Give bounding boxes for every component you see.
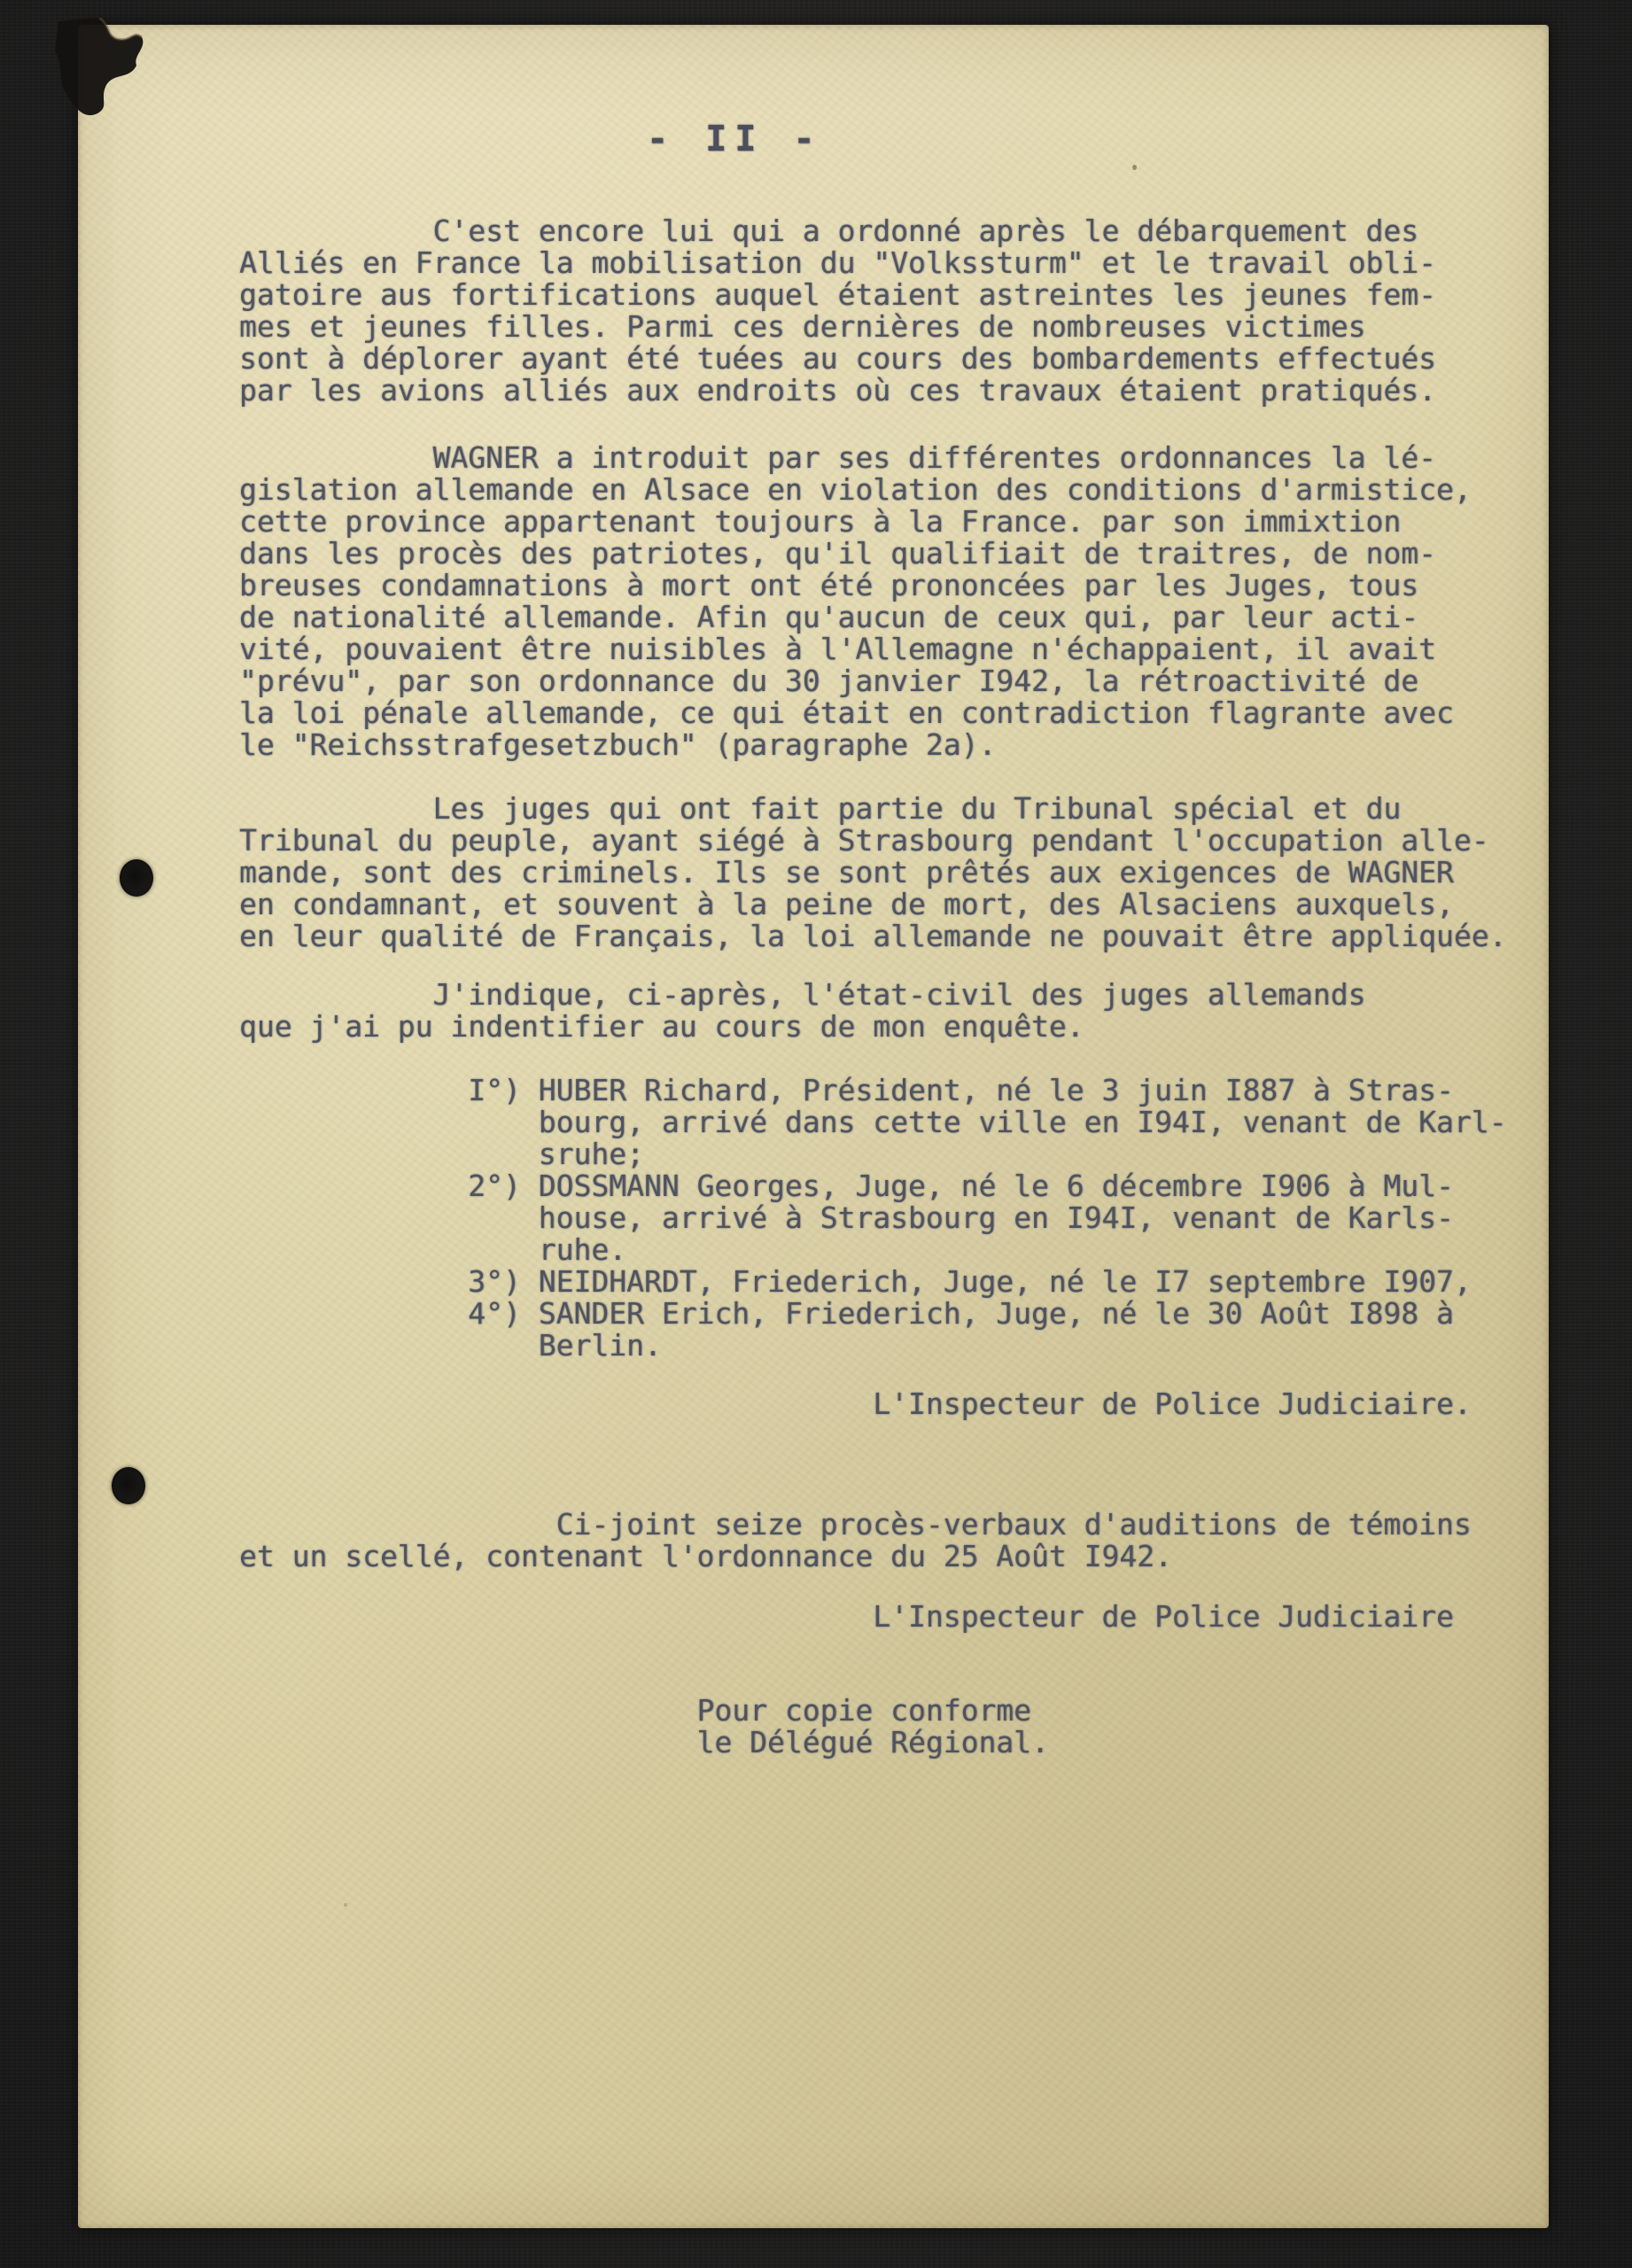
signature-inspecteur-2: L'Inspecteur de Police Judiciaire [239,1601,1533,1633]
signature-inspecteur-1: L'Inspecteur de Police Judiciaire. [239,1388,1533,1420]
text-line: de nationalité allemande. Afin qu'aucun … [239,602,1533,633]
paper-speck [344,1903,347,1907]
paragraph-ci-joint: Ci-joint seize procès-verbaux d'audition… [239,1509,1533,1573]
paragraph-juges-criminels: Les juges qui ont fait partie du Tribuna… [239,793,1533,952]
text-line: dans les procès des patriotes, qu'il qua… [239,538,1533,570]
text-line: J'indique, ci-après, l'état-civil des ju… [239,979,1533,1011]
text-body: C'est encore lui qui a ordonné après le … [239,215,1533,1759]
text-line: la loi pénale allemande, ce qui était en… [239,697,1533,729]
text-line: bourg, arrivé dans cette ville en I94I, … [239,1107,1533,1138]
text-line: 2°) DOSSMANN Georges, Juge, né le 6 déce… [239,1170,1533,1202]
text-line: 3°) NEIDHARDT, Friederich, Juge, né le I… [239,1266,1533,1298]
text-line: mande, sont des criminels. Ils se sont p… [239,857,1533,889]
text-line: sruhe; [239,1138,1533,1170]
text-line: Berlin. [239,1330,1533,1362]
page-number: - II - [647,119,823,159]
list-juges: I°) HUBER Richard, Président, né le 3 ju… [239,1075,1533,1362]
text-line: en leur qualité de Français, la loi alle… [239,920,1533,952]
text-line: WAGNER a introduit par ses différentes o… [239,442,1533,474]
text-line: cette province appartenant toujours à la… [239,506,1533,538]
text-line: sont à déplorer ayant été tuées au cours… [239,343,1533,375]
text-line: L'Inspecteur de Police Judiciaire [239,1601,1533,1633]
paragraph-wagner-ordonnances: WAGNER a introduit par ses différentes o… [239,442,1533,761]
paragraph-etat-civil: J'indique, ci-après, l'état-civil des ju… [239,979,1533,1043]
text-line: C'est encore lui qui a ordonné après le … [239,215,1533,247]
text-line: Les juges qui ont fait partie du Tribuna… [239,793,1533,825]
punch-hole [112,1467,145,1504]
document-page: - II - C'est encore lui qui a ordonné ap… [78,25,1549,2228]
text-line: en condamnant, et souvent à la peine de … [239,889,1533,920]
text-line: vité, pouvaient être nuisibles à l'Allem… [239,633,1533,665]
copie-conforme: Pour copie conforme le Délégué Régional. [239,1695,1533,1759]
scan-background: { "document": { "kind": "typewritten arc… [0,0,1632,2268]
text-line: et un scellé, contenant l'ordonnance du … [239,1541,1533,1573]
text-line: gislation allemande en Alsace en violati… [239,474,1533,506]
text-line: que j'ai pu indentifier au cours de mon … [239,1011,1533,1043]
text-line: Ci-joint seize procès-verbaux d'audition… [239,1509,1533,1541]
torn-corner [48,18,190,133]
text-line: breuses condamnations à mort ont été pro… [239,570,1533,602]
text-line: "prévu", par son ordonnance du 30 janvie… [239,665,1533,697]
text-line: Pour copie conforme [239,1695,1533,1727]
text-line: L'Inspecteur de Police Judiciaire. [239,1388,1533,1420]
punch-hole [120,859,153,897]
text-line: mes et jeunes filles. Parmi ces dernière… [239,311,1533,343]
text-line: par les avions alliés aux endroits où ce… [239,375,1533,407]
text-line: le "Reichsstrafgesetzbuch" (paragraphe 2… [239,729,1533,761]
paper-speck [1132,165,1137,170]
text-line: le Délégué Régional. [239,1727,1533,1759]
text-line: Alliés en France la mobilisation du "Vol… [239,247,1533,279]
text-line: Tribunal du peuple, ayant siégé à Strasb… [239,825,1533,857]
text-line: house, arrivé à Strasbourg en I94I, vena… [239,1202,1533,1234]
text-line: 4°) SANDER Erich, Friederich, Juge, né l… [239,1298,1533,1330]
text-line: gatoire aus fortifications auquel étaien… [239,279,1533,311]
paragraph-debarquement: C'est encore lui qui a ordonné après le … [239,215,1533,407]
text-line: I°) HUBER Richard, Président, né le 3 ju… [239,1075,1533,1107]
text-line: ruhe. [239,1234,1533,1266]
